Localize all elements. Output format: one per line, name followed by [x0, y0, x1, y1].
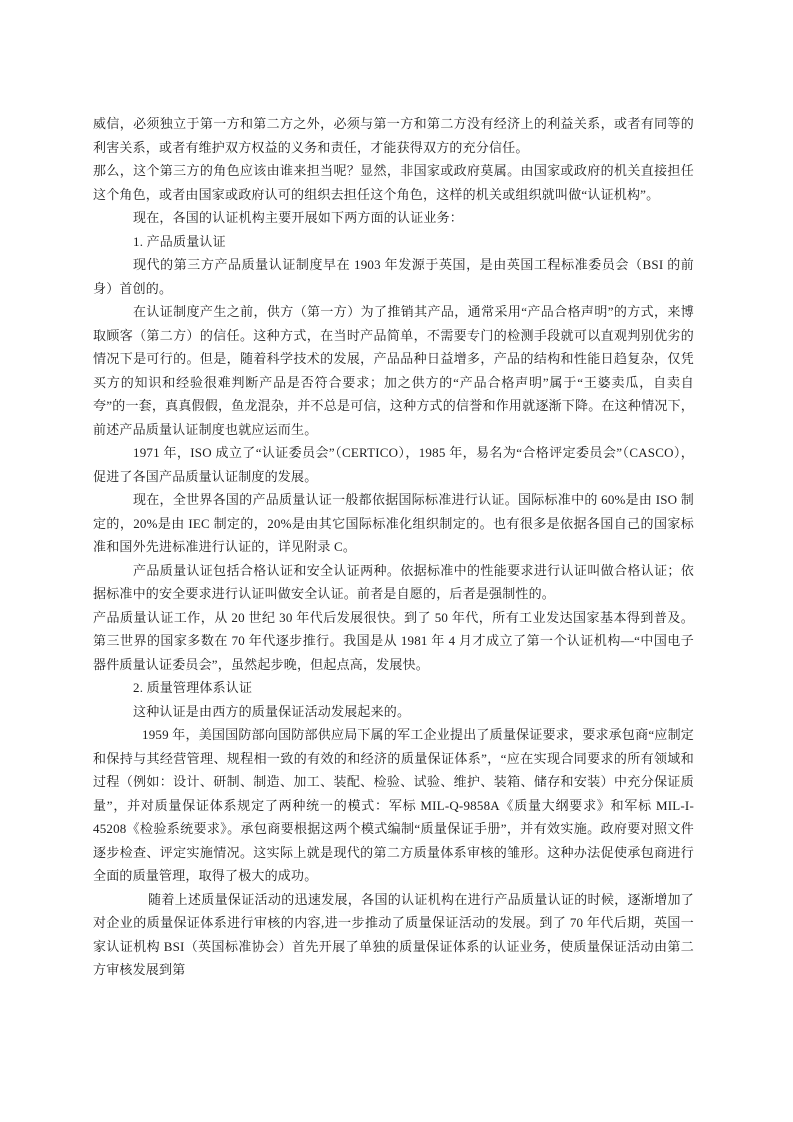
paragraph: 现代的第三方产品质量认证制度早在 1903 年发源于英国，是由英国工程标准委员会… [93, 253, 694, 300]
paragraph: 1959 年，美国国防部向国防部供应局下属的军工企业提出了质量保证要求，要求承包… [93, 723, 694, 888]
paragraph: 这种认证是由西方的质量保证活动发展起来的。 [93, 700, 694, 724]
paragraph: 威信，必须独立于第一方和第二方之外，必须与第一方和第二方没有经济上的利益关系，或… [93, 112, 694, 159]
paragraph: 那么，这个第三方的角色应该由谁来担当呢？显然，非国家或政府莫属。由国家或政府的机… [93, 159, 694, 206]
paragraph: 1. 产品质量认证 [93, 230, 694, 254]
paragraph: 现在，全世界各国的产品质量认证一般都依据国际标准进行认证。国际标准中的 60%是… [93, 488, 694, 559]
paragraph: 产品质量认证包括合格认证和安全认证两种。依据标准中的性能要求进行认证叫做合格认证… [93, 559, 694, 606]
paragraph: 随着上述质量保证活动的迅速发展，各国的认证机构在进行产品质量认证的时候，逐渐增加… [93, 888, 694, 982]
paragraph: 在认证制度产生之前，供方（第一方）为了推销其产品，通常采用“产品合格声明”的方式… [93, 300, 694, 441]
document-text-block: 威信，必须独立于第一方和第二方之外，必须与第一方和第二方没有经济上的利益关系，或… [93, 112, 694, 982]
paragraph: 1971 年，ISO 成立了“认证委员会”（CERTICO），1985 年，易名… [93, 441, 694, 488]
paragraph: 现在，各国的认证机构主要开展如下两方面的认证业务： [93, 206, 694, 230]
document-page: 威信，必须独立于第一方和第二方之外，必须与第一方和第二方没有经济上的利益关系，或… [0, 0, 793, 1122]
paragraph: 产品质量认证工作，从 20 世纪 30 年代后发展很快。到了 50 年代，所有工… [93, 606, 694, 677]
paragraph: 2. 质量管理体系认证 [93, 676, 694, 700]
